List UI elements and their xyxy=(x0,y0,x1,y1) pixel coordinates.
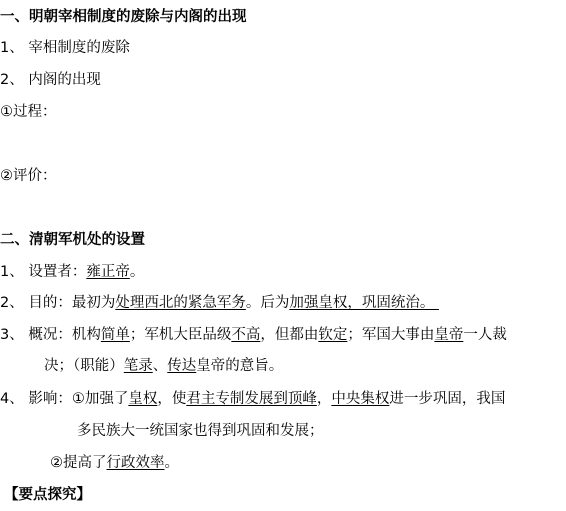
impact-t2: ， xyxy=(317,391,332,407)
overview-l2-t3: 皇帝的意旨。 xyxy=(196,358,283,374)
section2-title: 二、清朝军机处的设置 xyxy=(0,230,145,250)
process-label: ①过程： xyxy=(0,102,57,122)
impact-line-2: 多民族大一统国家也得到巩固和发展； xyxy=(77,421,324,441)
section3-title: 【要点探究】 xyxy=(4,485,91,505)
impact-l3-u1: 行政效率 xyxy=(107,455,165,471)
purpose-label: 2、 目的：最初为 xyxy=(0,295,115,311)
impact-label: 4、 影响：①加强了 xyxy=(0,391,128,407)
impact-line-1: 4、 影响：①加强了皇权，使君主专制发展到顶峰，中央集权进一步巩固，我国 xyxy=(0,389,505,409)
overview-u1: 简单 xyxy=(101,327,130,343)
setter-value: 雍正帝 xyxy=(86,264,130,280)
purpose-underlined-2: 加强皇权，巩固统治。 xyxy=(289,295,439,311)
impact-u3: 中央集权 xyxy=(331,391,389,407)
setter-label: 1、 设置者： xyxy=(0,264,86,280)
overview-l2-u1: 笔录 xyxy=(124,358,153,374)
overview-t2: ，但都由 xyxy=(260,327,318,343)
purpose-underlined-1: 处理西北的紧急军务 xyxy=(115,295,246,311)
evaluation-label: ②评价： xyxy=(0,166,57,186)
overview-label: 3、 概况：机构 xyxy=(0,327,101,343)
overview-l2-t2: 、 xyxy=(153,358,168,374)
section1-item1: 1、 宰相制度的废除 xyxy=(0,38,130,58)
section1-title: 一、明朝宰相制度的废除与内阁的出现 xyxy=(0,7,247,27)
overview-t3: ；军国大事由 xyxy=(347,327,434,343)
overview-l2-u2: 传达 xyxy=(167,358,196,374)
overview-u3: 钦定 xyxy=(318,327,347,343)
impact-u2: 君主专制发展到顶峰 xyxy=(186,391,317,407)
overview-line-2: 决；（职能）笔录、传达皇帝的意旨。 xyxy=(44,356,283,376)
overview-t4: 一人裁 xyxy=(463,327,507,343)
impact-l3-t2: 。 xyxy=(165,455,180,471)
overview-u4: 皇帝 xyxy=(434,327,463,343)
overview-l2-t1: 决；（职能） xyxy=(44,358,124,374)
purpose-line: 2、 目的：最初为处理西北的紧急军务。后为加强皇权，巩固统治。 xyxy=(0,293,439,313)
overview-u2: 不高 xyxy=(231,327,260,343)
setter-end: 。 xyxy=(130,264,145,280)
impact-u1: 皇权 xyxy=(128,391,157,407)
setter-line: 1、 设置者：雍正帝。 xyxy=(0,262,144,282)
impact-t1: ，使 xyxy=(157,391,186,407)
purpose-mid: 。后为 xyxy=(246,295,290,311)
impact-line-3: ②提高了行政效率。 xyxy=(50,453,179,473)
overview-line-1: 3、 概况：机构简单；军机大臣品级不高，但都由钦定；军国大事由皇帝一人裁 xyxy=(0,325,507,345)
impact-l3-t1: ②提高了 xyxy=(50,455,107,471)
overview-t1: ；军机大臣品级 xyxy=(130,327,232,343)
section1-item2: 2、 内阁的出现 xyxy=(0,70,101,90)
impact-t3: 进一步巩固，我国 xyxy=(389,391,505,407)
